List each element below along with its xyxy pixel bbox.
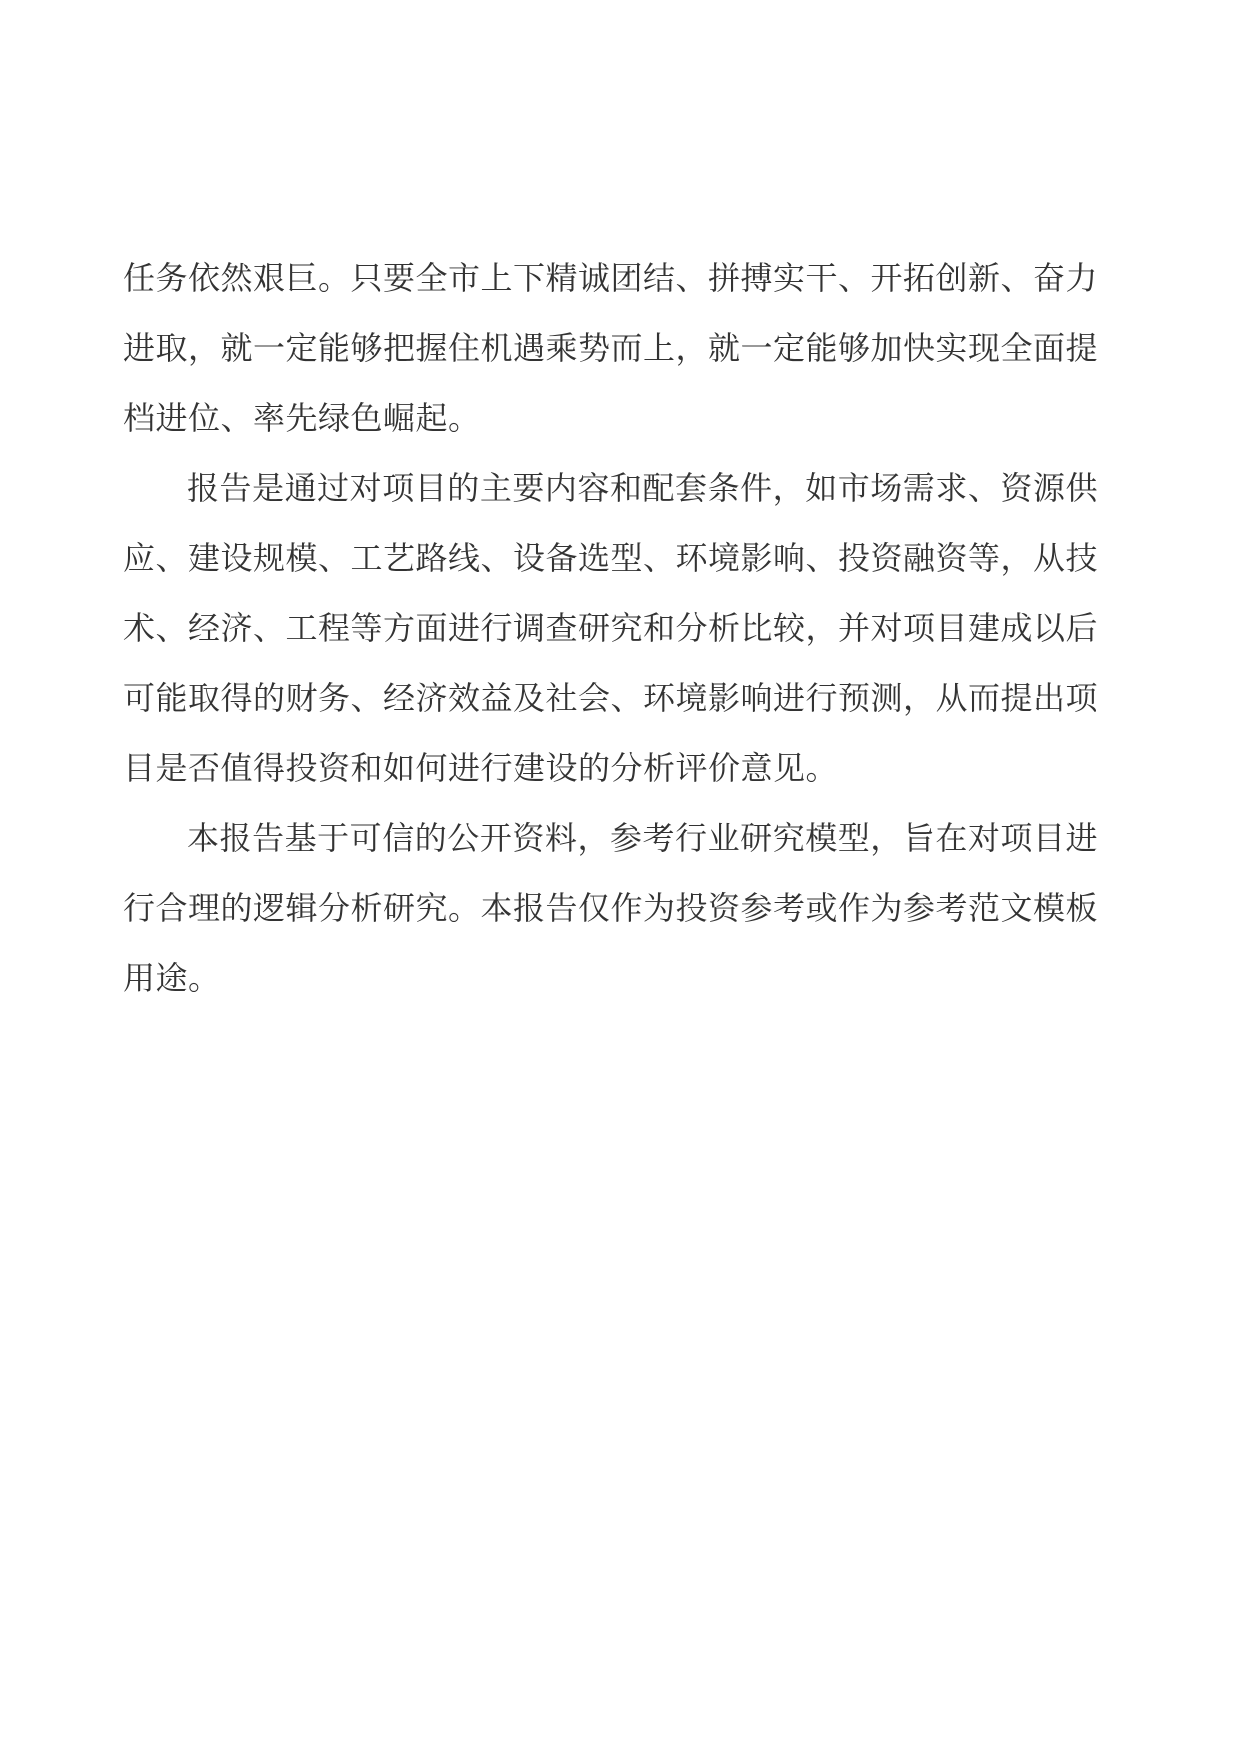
document-page: 任务依然艰巨。只要全市上下精诚团结、拼搏实干、开拓创新、奋力进取，就一定能够把握… xyxy=(123,243,1098,1013)
paragraph-report-scope: 报告是通过对项目的主要内容和配套条件，如市场需求、资源供应、建设规模、工艺路线、… xyxy=(123,453,1098,803)
document-canvas: { "page": { "background_color": "#ffffff… xyxy=(0,0,1240,1753)
paragraph-continuation: 任务依然艰巨。只要全市上下精诚团结、拼搏实干、开拓创新、奋力进取，就一定能够把握… xyxy=(123,243,1098,453)
paragraph-disclaimer: 本报告基于可信的公开资料，参考行业研究模型，旨在对项目进行合理的逻辑分析研究。本… xyxy=(123,803,1098,1013)
